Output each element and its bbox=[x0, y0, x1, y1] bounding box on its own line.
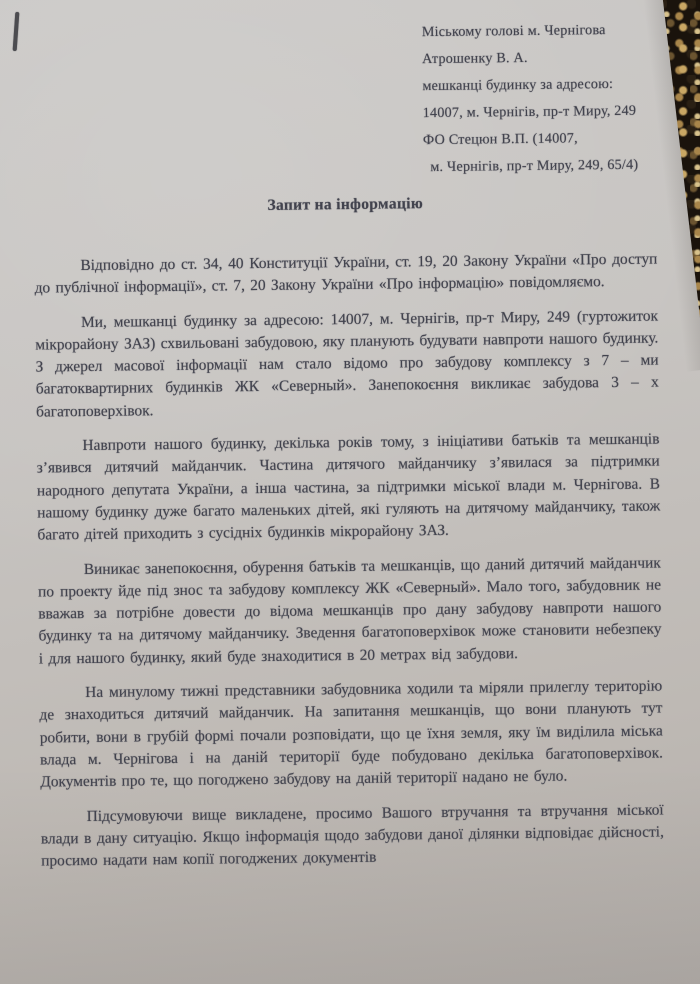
recipient-line: 14007, м. Чернігів, пр-т Миру, 249 bbox=[423, 97, 675, 127]
recipient-line: ФО Стецюн В.П. (14007, bbox=[423, 124, 675, 154]
paragraph: Виникає занепокоєння, обурення батьків т… bbox=[38, 552, 662, 671]
recipient-line: мешканці будинку за адресою: bbox=[422, 70, 674, 100]
paragraph: Навпроти нашого будинку, декілька років … bbox=[36, 429, 660, 548]
document-content: Міському голові м. Чернігова Атрошенку В… bbox=[0, 0, 700, 984]
paragraph: На минулому тижні представники забудовни… bbox=[39, 676, 663, 795]
paragraph: Підсумовуючи вище викладене, просимо Ваш… bbox=[41, 799, 665, 873]
recipient-block: Міському голові м. Чернігова Атрошенку В… bbox=[422, 16, 676, 181]
paragraph: Відповідно до ст. 34, 40 Конституції Укр… bbox=[34, 248, 657, 300]
recipient-line: Атрошенку В. А. bbox=[422, 43, 674, 73]
paragraph: Ми, мешканці будинку за адресою: 14007, … bbox=[35, 305, 659, 424]
letter-body: Запит на інформацію Відповідно до ст. 34… bbox=[34, 193, 665, 885]
recipient-line: м. Чернігів, пр-т Миру, 249, 65/4) bbox=[423, 151, 675, 181]
document-page: Міському голові м. Чернігова Атрошенку В… bbox=[0, 0, 700, 984]
recipient-line: Міському голові м. Чернігова bbox=[422, 16, 674, 46]
photo-of-document: { "document": { "recipient_lines": [ "Мі… bbox=[0, 0, 700, 984]
document-title: Запит на інформацію bbox=[34, 193, 657, 218]
